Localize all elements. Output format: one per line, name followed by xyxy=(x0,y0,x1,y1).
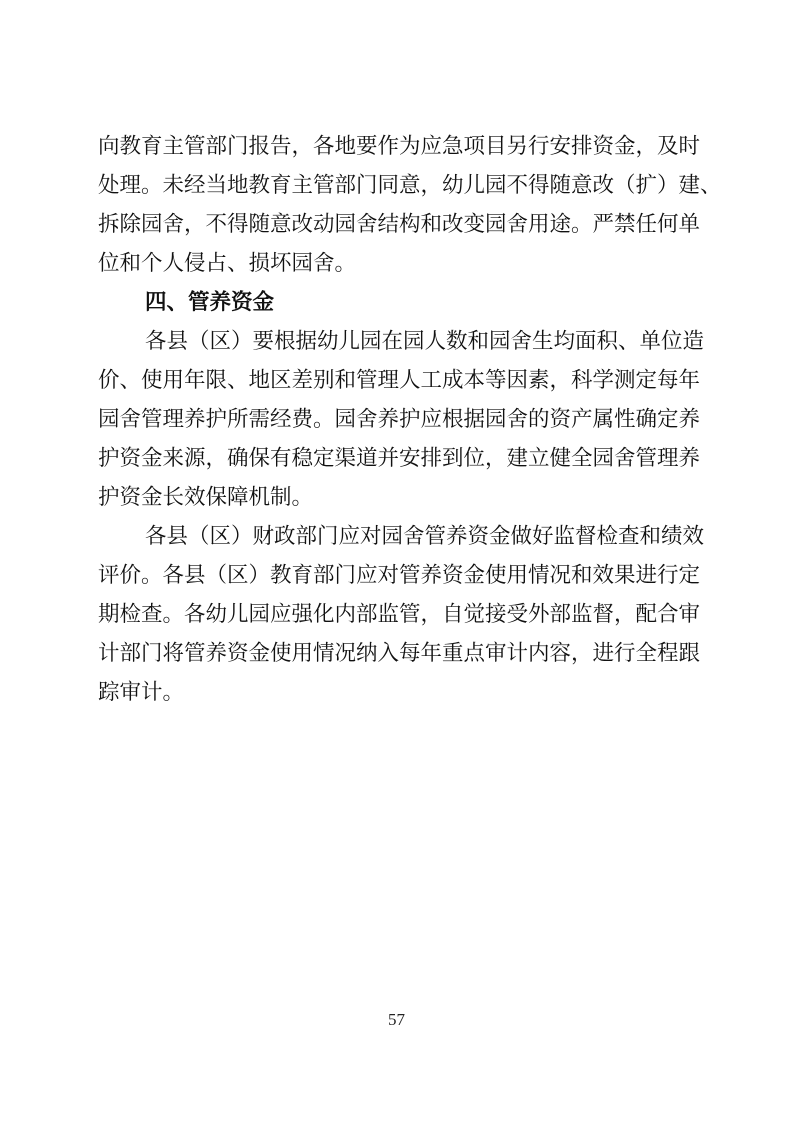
page-number: 57 xyxy=(0,1010,793,1030)
section-heading: 四、管养资金 xyxy=(145,288,274,318)
paragraph-line: 拆除园舍，不得随意改动园舍结构和改变园舍用途。严禁任何单 xyxy=(98,210,698,240)
paragraph-line: 护资金长效保障机制。 xyxy=(98,483,698,513)
paragraph-line: 园舍管理养护所需经费。园舍养护应根据园舍的资产属性确定养 xyxy=(98,405,698,435)
paragraph-line: 护资金来源，确保有稳定渠道并安排到位，建立健全园舍管理养 xyxy=(98,444,698,474)
paragraph-line: 计部门将管养资金使用情况纳入每年重点审计内容，进行全程跟 xyxy=(98,639,698,669)
paragraph-line: 向教育主管部门报告，各地要作为应急项目另行安排资金，及时 xyxy=(98,132,698,162)
document-page: 向教育主管部门报告，各地要作为应急项目另行安排资金，及时 处理。未经当地教育主管… xyxy=(0,0,793,1122)
paragraph-line: 踪审计。 xyxy=(98,678,698,708)
paragraph-line: 价、使用年限、地区差别和管理人工成本等因素，科学测定每年 xyxy=(98,366,698,396)
paragraph-line: 评价。各县（区）教育部门应对管养资金使用情况和效果进行定 xyxy=(98,561,698,591)
paragraph-line: 处理。未经当地教育主管部门同意，幼儿园不得随意改（扩）建、 xyxy=(98,171,698,201)
paragraph-line: 期检查。各幼儿园应强化内部监管，自觉接受外部监督，配合审 xyxy=(98,600,698,630)
paragraph-line: 位和个人侵占、损坏园舍。 xyxy=(98,249,698,279)
paragraph-line: 各县（区）财政部门应对园舍管养资金做好监督检查和绩效 xyxy=(145,522,698,552)
paragraph-line: 各县（区）要根据幼儿园在园人数和园舍生均面积、单位造 xyxy=(145,327,698,357)
